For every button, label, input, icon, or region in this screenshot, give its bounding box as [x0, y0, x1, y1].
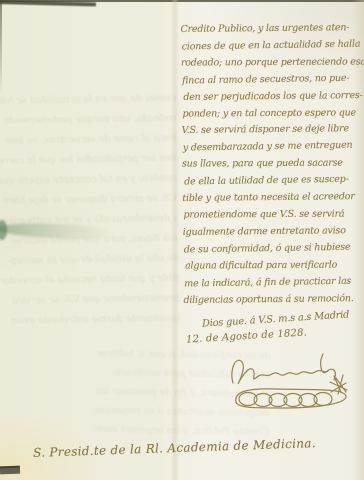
letter-line: alguna dificultad para verificarlo: [185, 257, 363, 275]
letter-line: tible y que tanto necesita el acreedor: [182, 189, 362, 208]
scanned-letter-page: ciones de que en la actualidad se halla …: [0, 0, 364, 480]
bleedthrough-text-upper-left: ciones de que en la actualidad se halla …: [0, 88, 180, 331]
valediction-line: Dios gue. á V.S. m.s a.s Madrid: [202, 309, 350, 329]
paper-fold-line: [171, 0, 179, 480]
green-stain-blob: [0, 220, 7, 240]
letter-line: diligencias oportunas á su remoción.: [183, 291, 363, 310]
letter-line: de su conformidad, ó que si hubiese: [184, 239, 363, 259]
green-stain-streak: [0, 222, 116, 241]
date-line: 12. de Agosto de 1828.: [186, 327, 308, 345]
letter-line: de ella la utilidad de que es suscep-: [184, 172, 362, 192]
letter-line: igualmente darme entretanto aviso: [183, 223, 363, 242]
letter-line: ciones de que en la actualidad se halla: [182, 36, 361, 56]
letter-body: Credito Publico, y las urgentes aten- ci…: [181, 20, 364, 309]
letter-line: me la indicará, á fin de practicar las: [184, 273, 363, 293]
letter-line: ponden; y en tal concepto espero que: [182, 105, 361, 123]
signature-rubric: [226, 350, 358, 414]
letter-line: prometiendome que V.S. se servirá: [183, 206, 362, 224]
letter-line: rodeado; uno porque perteneciendo esa: [181, 54, 361, 72]
letter-line: den ser perjudicados los que la corres-: [183, 88, 361, 107]
bottom-left-page-edge-mark: [0, 466, 20, 475]
letter-line: finca al ramo de secuestros, no pue-: [182, 70, 361, 90]
scan-left-edge: [0, 0, 2, 95]
